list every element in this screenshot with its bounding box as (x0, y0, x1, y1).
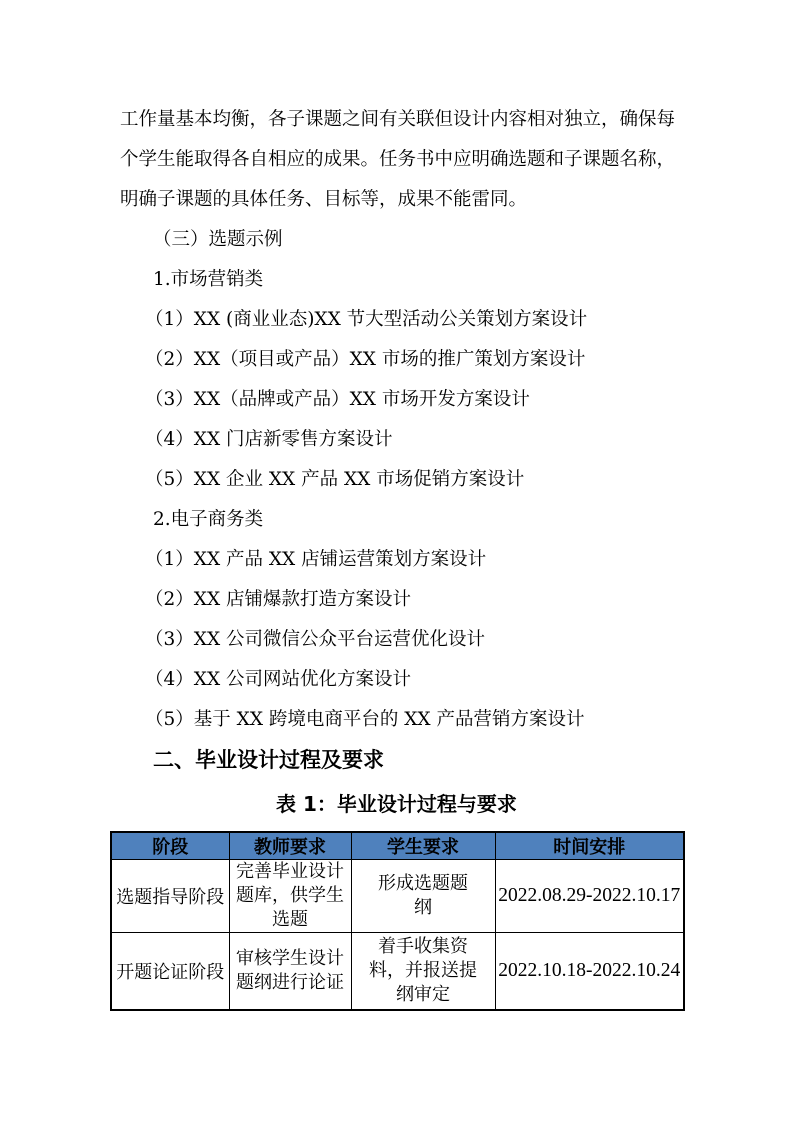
list-category: 2.电子商务类 (120, 500, 680, 540)
list-item: （3）XX 公司微信公众平台运营优化设计 (120, 620, 680, 660)
table-cell-teacher: 审核学生设计 题纲进行论证 (229, 933, 351, 1010)
table-cell-time: 2022.10.18-2022.10.24 (495, 933, 684, 1010)
table-cell-student: 着手收集资 料，并报送提 纲审定 (351, 933, 495, 1010)
body-line: 个学生能取得各自相应的成果。任务书中应明确选题和子课题名称， (120, 140, 680, 180)
table-header-cell: 学生要求 (351, 832, 495, 860)
list-item: （5）基于 XX 跨境电商平台的 XX 产品营销方案设计 (120, 700, 680, 740)
process-table: 阶段 教师要求 学生要求 时间安排 选题指导阶段 完善毕业设计 题库，供学生 选… (110, 831, 685, 1011)
list-item: （4）XX 公司网站优化方案设计 (120, 660, 680, 700)
table-header-row: 阶段 教师要求 学生要求 时间安排 (111, 832, 684, 860)
list-item: （1）XX 产品 XX 店铺运营策划方案设计 (120, 540, 680, 580)
table-cell-stage: 开题论证阶段 (111, 933, 229, 1010)
table-row: 开题论证阶段 审核学生设计 题纲进行论证 着手收集资 料，并报送提 纲审定 20… (111, 933, 684, 1010)
list-category: 1.市场营销类 (120, 260, 680, 300)
subsection-heading: （三）选题示例 (120, 220, 680, 260)
list-item: （4）XX 门店新零售方案设计 (120, 420, 680, 460)
table-cell-student: 形成选题题 纲 (351, 860, 495, 933)
table-cell-teacher: 完善毕业设计 题库，供学生 选题 (229, 860, 351, 933)
list-item: （2）XX（项目或产品）XX 市场的推广策划方案设计 (120, 340, 680, 380)
table-header-cell: 阶段 (111, 832, 229, 860)
table-header-cell: 时间安排 (495, 832, 684, 860)
list-item: （3）XX（品牌或产品）XX 市场开发方案设计 (120, 380, 680, 420)
body-line: 工作量基本均衡，各子课题之间有关联但设计内容相对独立，确保每 (120, 100, 680, 140)
table-caption: 表 1：毕业设计过程与要求 (110, 783, 683, 825)
table-row: 选题指导阶段 完善毕业设计 题库，供学生 选题 形成选题题 纲 2022.08.… (111, 860, 684, 933)
section-heading: 二、毕业设计过程及要求 (120, 740, 680, 780)
list-item: （2）XX 店铺爆款打造方案设计 (120, 580, 680, 620)
document-page: 工作量基本均衡，各子课题之间有关联但设计内容相对独立，确保每 个学生能取得各自相… (0, 0, 793, 1122)
table-header-cell: 教师要求 (229, 832, 351, 860)
table-cell-stage: 选题指导阶段 (111, 860, 229, 933)
list-item: （5）XX 企业 XX 产品 XX 市场促销方案设计 (120, 460, 680, 500)
body-line: 明确子课题的具体任务、目标等，成果不能雷同。 (120, 180, 680, 220)
list-item: （1）XX (商业业态)XX 节大型活动公关策划方案设计 (120, 300, 680, 340)
table-cell-time: 2022.08.29-2022.10.17 (495, 860, 684, 933)
document-body: 工作量基本均衡，各子课题之间有关联但设计内容相对独立，确保每 个学生能取得各自相… (120, 100, 680, 780)
